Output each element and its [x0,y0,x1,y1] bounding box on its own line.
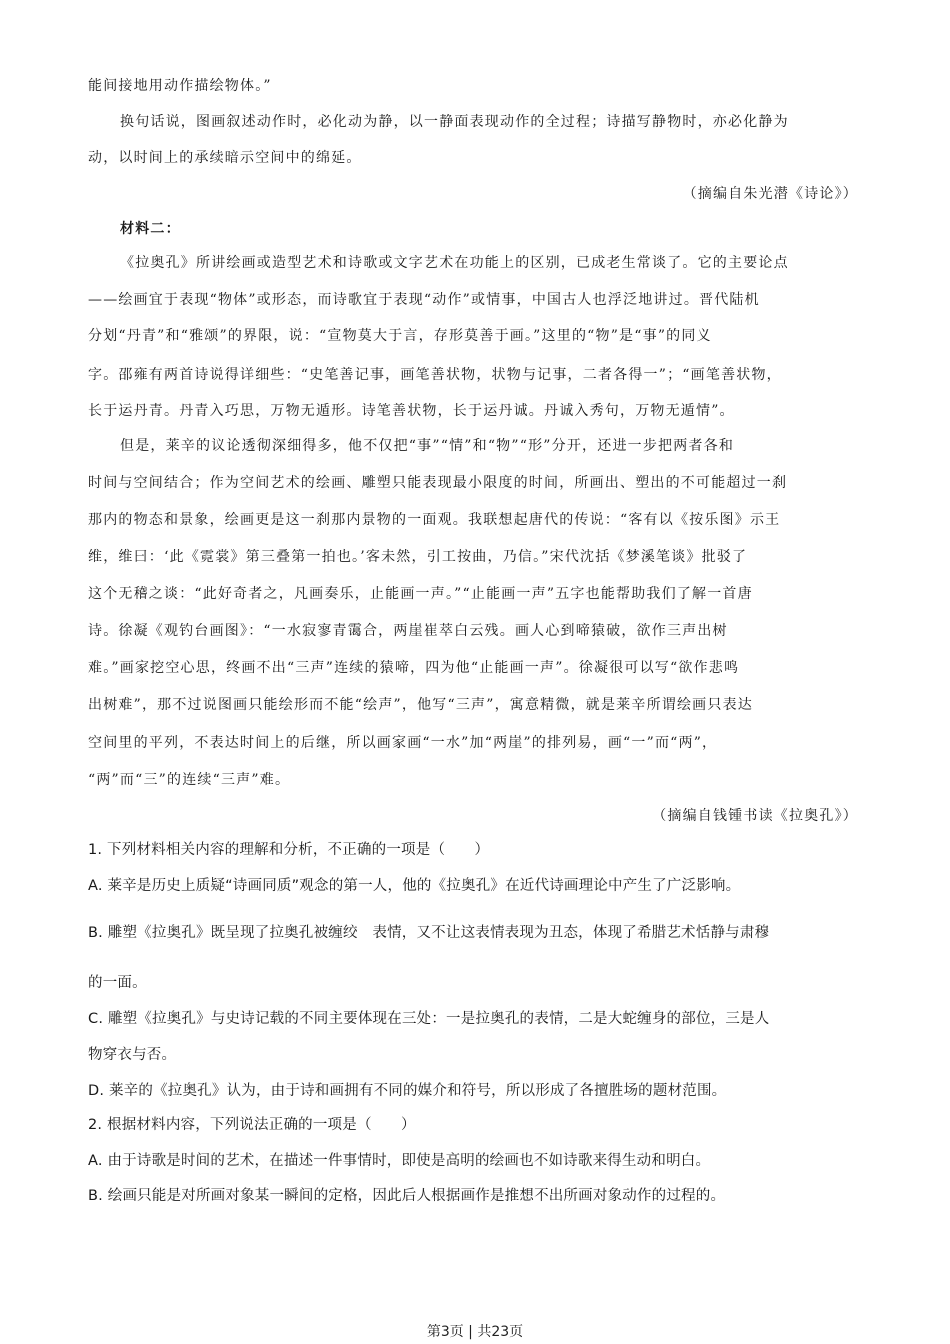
question-2-option-a[interactable]: A. 由于诗歌是时间的艺术，在描述一件事情时，即使是高明的绘画也不如诗歌来得生动… [88,1151,710,1171]
question-1-stem: 1. 下列材料相关内容的理解和分析，不正确的一项是（ ） [88,840,489,860]
material1-text-line: 换句话说，图画叙述动作时，必化动为静，以一静面表现动作的全过程；诗描写静物时，亦… [120,112,789,132]
material2-text-line: 空间里的平列，不表达时间上的后继，所以画家画“一水”加“两崖”的排列易，画“一”… [88,733,717,753]
material2-text-line: 《拉奥孔》所讲绘画或造型艺术和诗歌或文字艺术在功能上的区别，已成老生常谈了。它的… [120,253,789,273]
material2-text-line: 字。邵雍有两首诗说得详细些：“史笔善记事，画笔善状物，状物与记事，二者各得一”；… [88,365,782,385]
material1-source: （摘编自朱光潜《诗论》） [683,184,858,204]
material2-text-line: 出树难”，那不过说图画只能绘形而不能“绘声”，他写“三声”，寓意精微，就是莱辛所… [88,695,753,715]
question-1-option-a[interactable]: A. 莱辛是历史上质疑“诗画同质”观念的第一人，他的《拉奥孔》在近代诗画理论中产… [88,876,740,896]
material2-text-line: 但是，莱辛的议论透彻深细得多，他不仅把“事”“情”和“物”“形”分开，还进一步把… [120,436,734,456]
material2-text-line: 这个无稽之谈：“此好奇者之，凡画奏乐，止能画一声。”“止能画一声”五字也能帮助我… [88,584,753,604]
material2-text-line: 诗。徐凝《观钓台画图》：“一水寂寥青霭合，两崖崔萃白云残。画人心到啼猿破，欲作三… [88,621,728,641]
question-2-stem: 2. 根据材料内容，下列说法正确的一项是（ ） [88,1115,416,1135]
material2-text-line: ——绘画宜于表现“物体”或形态，而诗歌宜于表现“动作”或情事，中国古人也浮泛地讲… [88,290,760,310]
question-1-option-c[interactable]: C. 雕塑《拉奥孔》与史诗记载的不同主要体现在三处：一是拉奥孔的表情，二是大蛇缠… [88,1009,769,1029]
document-page: 能间接地用动作描绘物体。” 换句话说，图画叙述动作时，必化动为静，以一静面表现动… [0,0,950,1344]
material1-text-line: 能间接地用动作描绘物体。” [88,76,272,96]
question-1-option-d[interactable]: D. 莱辛的《拉奥孔》认为，由于诗和画拥有不同的媒介和符号，所以形成了各擅胜场的… [88,1081,726,1101]
material2-text-line: 分划“丹青”和“雅颂”的界限，说：“宣物莫大于言，存形莫善于画。”这里的“物”是… [88,326,712,346]
material2-text-line: 难。”画家挖空心思，终画不出“三声”连续的猿啼，四为他“止能画一声”。徐凝很可以… [88,658,739,678]
material2-source: （摘编自钱锺书读《拉奥孔》） [652,806,858,826]
material2-text-line: 长于运丹青。丹青入巧思，万物无遁形。诗笔善状物，长于运丹诚。丹诚入秀句，万物无遁… [88,401,735,421]
question-1-option-c-cont: 物穿衣与否。 [88,1045,176,1065]
question-1-option-b[interactable]: B. 雕塑《拉奥孔》既呈现了拉奥孔被缠绞 表情，又不让这表情表现为丑态，体现了希… [88,923,769,943]
material2-text-line: 维，维曰：‘此《霓裳》第三叠第一拍也。’客未然，引工按曲，乃信。”宋代沈括《梦溪… [88,547,747,567]
question-1-option-b-cont: 的一面。 [88,973,147,993]
material2-text-line: 那内的物态和景象，绘画更是这一刹那内景物的一面观。我联想起唐代的传说：“客有以《… [88,510,780,530]
material1-text-line: 动，以时间上的承续暗示空间中的绵延。 [88,148,362,168]
material2-text-line: “两”而“三”的连续“三声”难。 [88,770,290,790]
material2-text-line: 时间与空间结合；作为空间艺术的绘画、雕塑只能表现最小限度的时间，所画出、塑出的不… [88,473,787,493]
page-number-footer: 第3页 | 共23页 [0,1322,950,1342]
material2-heading: 材料二： [120,219,181,239]
question-2-option-b[interactable]: B. 绘画只能是对所画对象某一瞬间的定格，因此后人根据画作是推想不出所画对象动作… [88,1186,725,1206]
